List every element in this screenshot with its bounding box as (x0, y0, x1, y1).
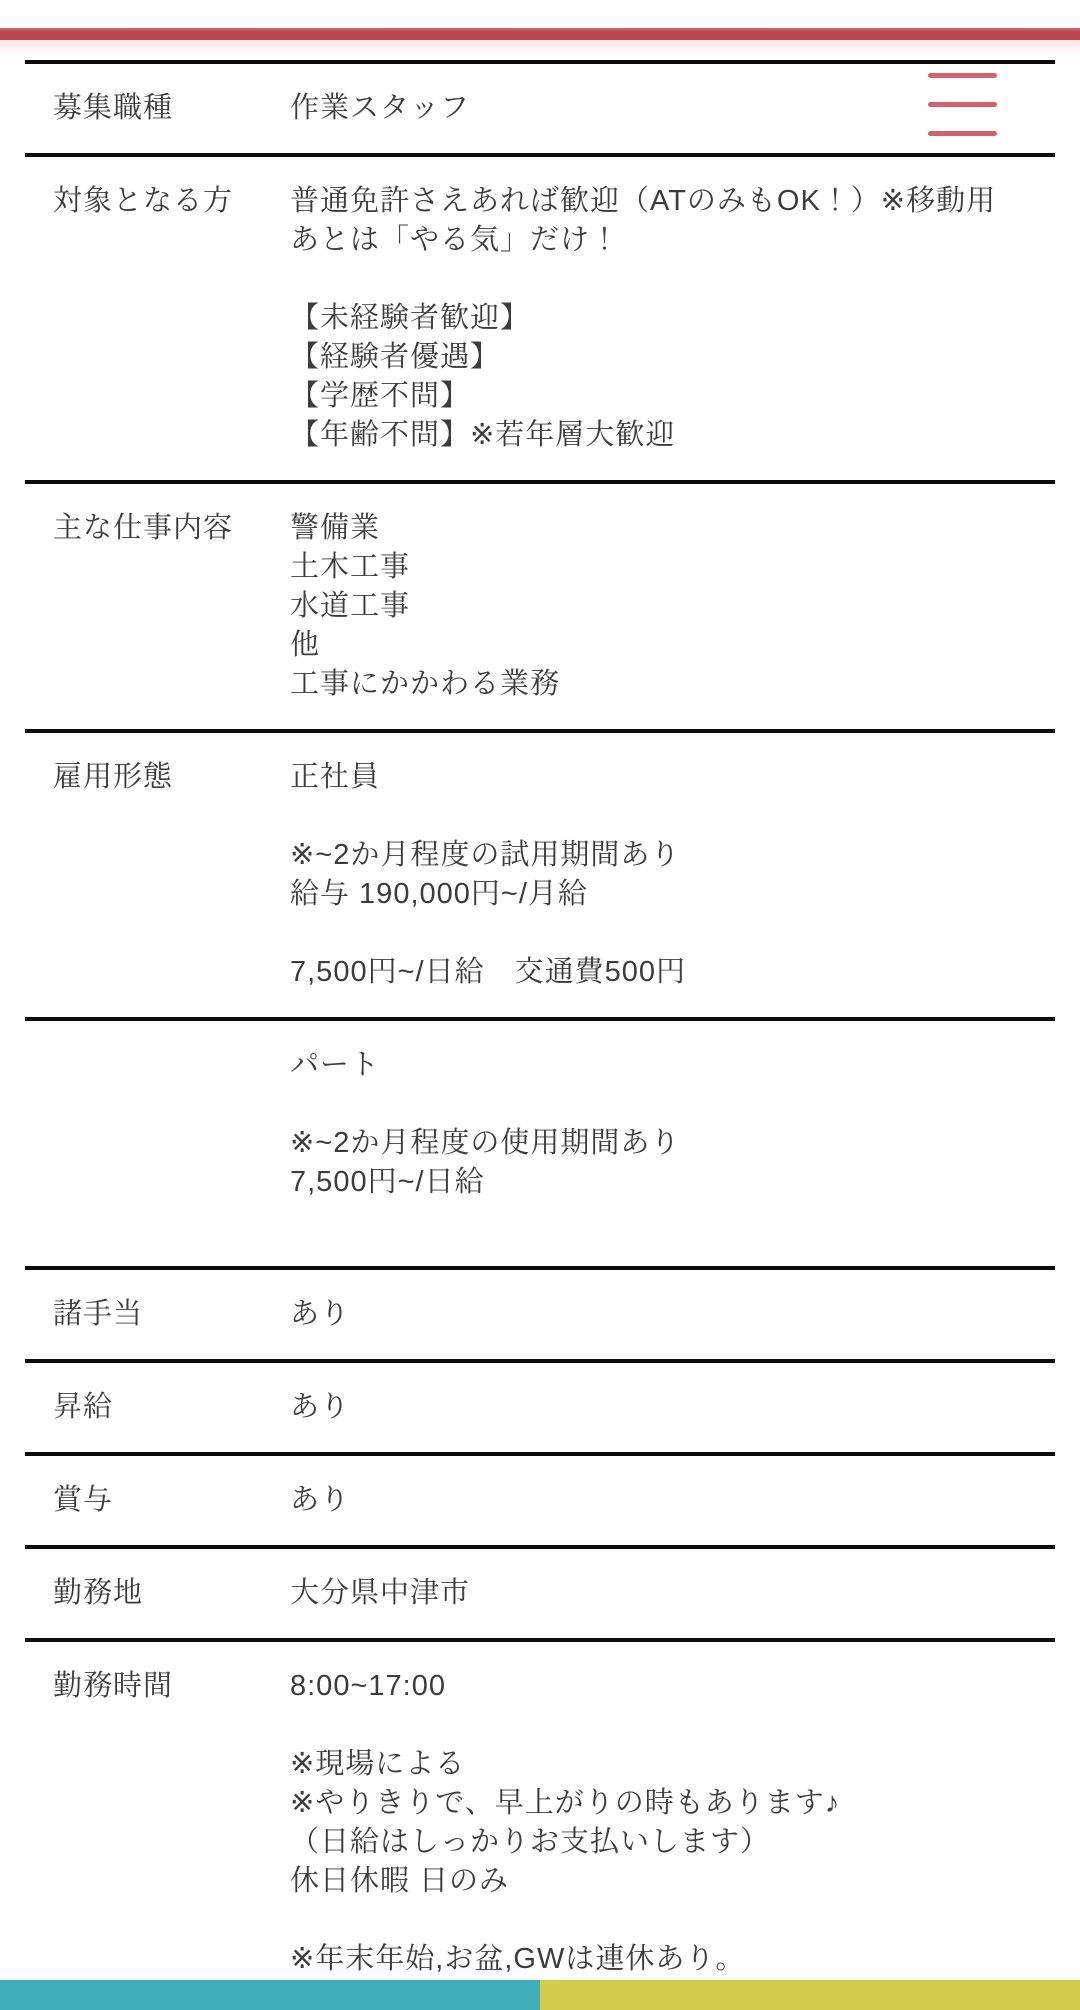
value-line (290, 260, 1043, 299)
footer-bar (0, 1980, 1080, 2010)
job-posting-page: 募集職種 作業スタッフ 対象となる方 普通免許さえあれば歓迎（ATのみもOK！）… (0, 0, 1080, 2010)
value-line: あり (290, 1295, 1043, 1334)
value-line: 【年齢不問】※若年層大歓迎 (290, 416, 1043, 455)
accent-top-bar (0, 28, 1080, 40)
table-row: 募集職種 作業スタッフ (25, 64, 1055, 157)
table-row: 勤務地 大分県中津市 (25, 1549, 1055, 1642)
value-line: 作業スタッフ (290, 89, 1043, 128)
value-line: 【学歴不問】 (290, 377, 1043, 416)
row-value: あり (290, 1481, 1055, 1520)
row-label: 募集職種 (25, 89, 290, 128)
value-line: 7,500円~/日給 (290, 1163, 1043, 1202)
value-line (290, 1202, 1043, 1241)
value-line (290, 797, 1043, 836)
table-row: 昇給 あり (25, 1363, 1055, 1456)
row-value: 作業スタッフ (290, 89, 1055, 128)
value-line: ※~2か月程度の試用期間あり (290, 836, 1043, 875)
value-line: 工事にかかわる業務 (290, 665, 1043, 704)
row-value: 大分県中津市 (290, 1574, 1055, 1613)
value-line: 水道工事 (290, 587, 1043, 626)
accent-bar-fade (0, 40, 1080, 58)
row-label: 賞与 (25, 1481, 290, 1520)
value-line (290, 1706, 1043, 1745)
row-label: 昇給 (25, 1388, 290, 1427)
row-label: 勤務地 (25, 1574, 290, 1613)
table-row: 対象となる方 普通免許さえあれば歓迎（ATのみもOK！）※移動用あとは「やる気」… (25, 157, 1055, 484)
table-row: 雇用形態 正社員 ※~2か月程度の試用期間あり給与 190,000円~/月給 7… (25, 733, 1055, 1021)
row-value: パート ※~2か月程度の使用期間あり7,500円~/日給 (290, 1046, 1055, 1241)
row-label: 勤務時間 (25, 1667, 290, 1979)
row-value: 正社員 ※~2か月程度の試用期間あり給与 190,000円~/月給 7,500円… (290, 758, 1055, 992)
value-line (290, 1901, 1043, 1940)
value-line: （日給はしっかりお支払いします） (290, 1823, 1043, 1862)
table-row: パート ※~2か月程度の使用期間あり7,500円~/日給 (25, 1021, 1055, 1270)
row-label: 諸手当 (25, 1295, 290, 1334)
value-line: 普通免許さえあれば歓迎（ATのみもOK！）※移動用 (290, 182, 1043, 221)
value-line: ※やりきりで、早上がりの時もあります♪ (290, 1784, 1043, 1823)
value-line: ※年末年始,お盆,GWは連休あり。 (290, 1940, 1043, 1979)
value-line (290, 1085, 1043, 1124)
row-value: 普通免許さえあれば歓迎（ATのみもOK！）※移動用あとは「やる気」だけ！ 【未経… (290, 182, 1055, 455)
value-line: 8:00~17:00 (290, 1667, 1043, 1706)
table-row: 賞与 あり (25, 1456, 1055, 1549)
value-line: あり (290, 1481, 1043, 1520)
value-line: 【経験者優遇】 (290, 338, 1043, 377)
job-detail-table: 募集職種 作業スタッフ 対象となる方 普通免許さえあれば歓迎（ATのみもOK！）… (25, 60, 1055, 2008)
value-line: 他 (290, 626, 1043, 665)
value-line: ※~2か月程度の使用期間あり (290, 1124, 1043, 1163)
footer-left-segment (0, 1980, 540, 2010)
value-line: 給与 190,000円~/月給 (290, 875, 1043, 914)
value-line: 警備業 (290, 509, 1043, 548)
table-row: 勤務時間 8:00~17:00 ※現場による※やりきりで、早上がりの時もあります… (25, 1642, 1055, 2008)
value-line: ※現場による (290, 1745, 1043, 1784)
value-line: 7,500円~/日給 交通費500円 (290, 953, 1043, 992)
row-value: 警備業土木工事水道工事他工事にかかわる業務 (290, 509, 1055, 704)
row-value: あり (290, 1388, 1055, 1427)
row-label (25, 1046, 290, 1241)
value-line: パート (290, 1046, 1043, 1085)
footer-right-segment (540, 1980, 1080, 2010)
table-row: 主な仕事内容 警備業土木工事水道工事他工事にかかわる業務 (25, 484, 1055, 733)
row-label: 雇用形態 (25, 758, 290, 992)
value-line: 土木工事 (290, 548, 1043, 587)
value-line: 大分県中津市 (290, 1574, 1043, 1613)
row-value: あり (290, 1295, 1055, 1334)
value-line: あり (290, 1388, 1043, 1427)
value-line: 正社員 (290, 758, 1043, 797)
row-label: 主な仕事内容 (25, 509, 290, 704)
row-label: 対象となる方 (25, 182, 290, 455)
value-line (290, 914, 1043, 953)
table-row: 諸手当 あり (25, 1270, 1055, 1363)
value-line: あとは「やる気」だけ！ (290, 221, 1043, 260)
value-line: 休日休暇 日のみ (290, 1862, 1043, 1901)
value-line: 【未経験者歓迎】 (290, 299, 1043, 338)
row-value: 8:00~17:00 ※現場による※やりきりで、早上がりの時もあります♪（日給は… (290, 1667, 1055, 1979)
